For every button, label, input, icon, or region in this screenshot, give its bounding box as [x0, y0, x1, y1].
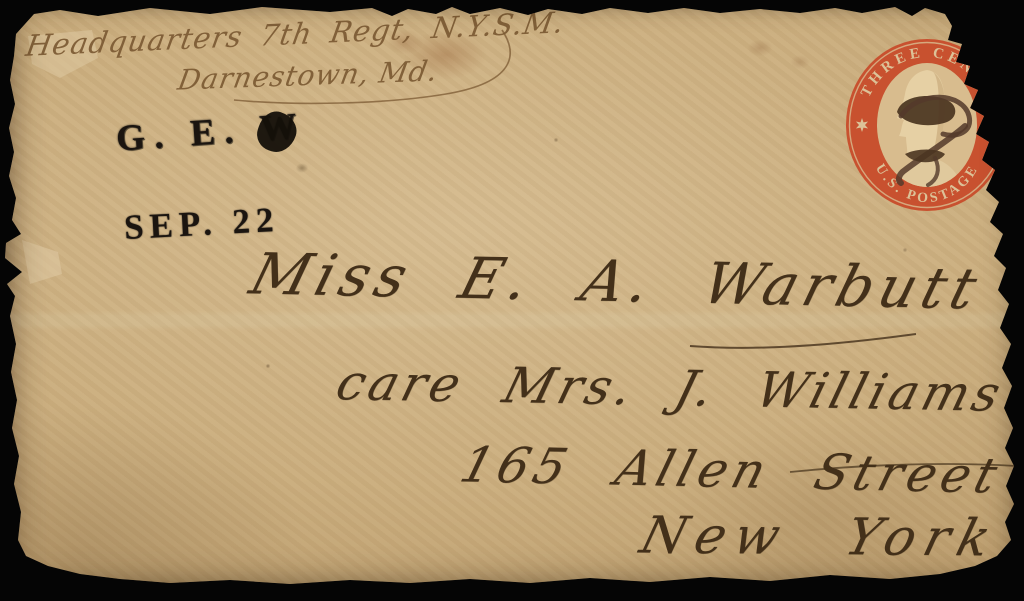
address-line-4: New York [635, 511, 1004, 565]
address-line-2: care Mrs. J. Williams [332, 358, 1010, 418]
envelope: Headquarters 7th Regt, N.Y.S.M. Darnesto… [0, 0, 1024, 601]
warbutt-underline [690, 334, 916, 348]
star-icon-right [986, 118, 998, 132]
address-line-1: Miss E. A. Warbutt [244, 247, 988, 319]
envelope-scan: Headquarters 7th Regt, N.Y.S.M. Darnesto… [0, 0, 1024, 601]
postmark-date: SEP. 22 [123, 202, 280, 245]
address-line-3: 165 Allen Street [455, 440, 1006, 500]
sender-endorsement-line-2: Darnestown, Md. [176, 57, 441, 94]
postage-stamp: THREE CENTS U.S. POSTAGE [843, 36, 1011, 214]
sender-endorsement-line-1: Headquarters 7th Regt, N.Y.S.M. [24, 8, 567, 61]
